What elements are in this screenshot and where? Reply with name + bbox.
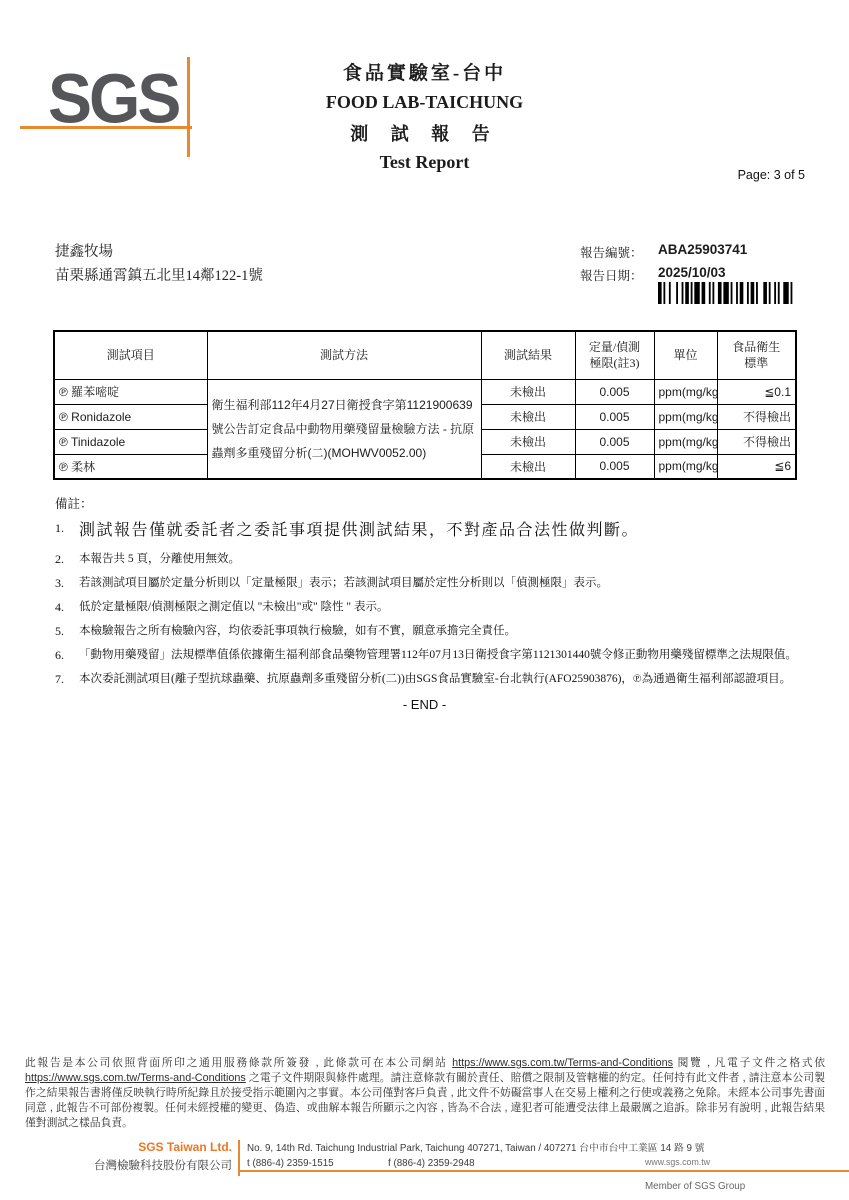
table-row: ℗ 羅苯嘧啶 衛生福利部112年4月27日衛授食字第1121900639號公告訂… (54, 379, 796, 404)
note-text: 測試報告僅就委託者之委託事項提供測試結果，不對產品合法性做判斷。 (79, 521, 803, 541)
col-header-test-method: 測試方法 (207, 331, 481, 379)
report-barcode (658, 282, 796, 304)
note-item-5: 5. 本檢驗報告之所有檢驗內容，均依委託事項執行檢驗，如有不實，願意承擔完全責任… (55, 624, 803, 639)
unit: ppm(mg/kg) (654, 454, 717, 479)
unit: ppm(mg/kg) (654, 429, 717, 454)
note-number: 6. (55, 648, 79, 663)
test-result: 未檢出 (481, 379, 575, 404)
notes-title: 備註： (55, 494, 803, 512)
report-no-label: 報告編號： (580, 243, 643, 261)
footer-member-label: Member of SGS Group (645, 1181, 745, 1192)
note-text: 本次委託測試項目(離子型抗球蟲藥、抗原蟲劑多重殘留分析(二))由SGS食品實驗室… (79, 672, 803, 687)
footer-website-link[interactable]: www.sgs.com.tw (645, 1157, 710, 1167)
lab-title-en: FOOD LAB-TAICHUNG (0, 92, 849, 113)
footer-address: No. 9, 14th Rd. Taichung Industrial Park… (247, 1140, 704, 1154)
page-number: Page: 3 of 5 (738, 168, 805, 182)
note-number: 7. (55, 672, 79, 687)
report-date-label: 報告日期： (580, 266, 643, 284)
note-item-1: 1. 測試報告僅就委託者之委託事項提供測試結果，不對產品合法性做判斷。 (55, 521, 803, 541)
terms-disclaimer: 此報告是本公司依照背面所印之通用服務條款所簽發 , 此條款可在本公司網站 htt… (25, 1056, 825, 1131)
test-result: 未檢出 (481, 404, 575, 429)
test-item: ℗ 羅苯嘧啶 (54, 379, 207, 404)
unit: ppm(mg/kg) (654, 379, 717, 404)
standard: 不得檢出 (717, 404, 796, 429)
note-number: 4. (55, 600, 79, 615)
terms-link[interactable]: https://www.sgs.com.tw/Terms-and-Conditi… (25, 1072, 246, 1084)
test-method: 衛生福利部112年4月27日衛授食字第1121900639號公告訂定食品中動物用… (207, 379, 481, 479)
results-table: 測試項目 測試方法 測試結果 定量/偵測 極限(註3) 單位 食品衛生 標準 ℗… (53, 330, 797, 480)
footer-fax: f (886-4) 2359-2948 (388, 1158, 475, 1169)
col-header-unit: 單位 (654, 331, 717, 379)
client-name: 捷鑫牧場 (55, 240, 113, 261)
standard: 不得檢出 (717, 429, 796, 454)
footer-telephone: t (886-4) 2359-1515 (247, 1158, 334, 1169)
detection-limit: 0.005 (575, 429, 654, 454)
note-item-6: 6. 「動物用藥殘留」法規標準值係依據衛生福利部食品藥物管理署112年07月13… (55, 648, 803, 663)
footer-company-en: SGS Taiwan Ltd. (80, 1140, 232, 1154)
note-text: 若該測試項目屬於定量分析則以「定量極限」表示；若該測試項目屬於定性分析則以「偵測… (79, 576, 803, 591)
disclaimer-text: 閱覽 , 凡電子文件之格式依 (673, 1057, 825, 1069)
report-title-zh: 測 試 報 告 (0, 120, 849, 146)
note-item-7: 7. 本次委託測試項目(離子型抗球蟲藥、抗原蟲劑多重殘留分析(二))由SGS食品… (55, 672, 803, 687)
lab-title-zh: 食品實驗室-台中 (0, 58, 849, 85)
test-item: ℗ 柔林 (54, 454, 207, 479)
note-text: 「動物用藥殘留」法規標準值係依據衛生福利部食品藥物管理署112年07月13日衛授… (79, 648, 803, 663)
test-result: 未檢出 (481, 429, 575, 454)
test-report-page: { "header": { "logo_text": "SGS", "title… (0, 0, 849, 1200)
note-item-4: 4. 低於定量極限/偵測極限之測定值以 "未檢出"或" 陰性 " 表示。 (55, 600, 803, 615)
report-title-block: 食品實驗室-台中 FOOD LAB-TAICHUNG 測 試 報 告 Test … (0, 58, 849, 173)
col-header-standard: 食品衛生 標準 (717, 331, 796, 379)
report-no-value: ABA25903741 (658, 242, 747, 257)
col-header-test-item: 測試項目 (54, 331, 207, 379)
footer-orange-line (238, 1170, 849, 1172)
report-date-value: 2025/10/03 (658, 265, 726, 280)
test-result: 未檢出 (481, 454, 575, 479)
detection-limit: 0.005 (575, 454, 654, 479)
note-text: 本檢驗報告之所有檢驗內容，均依委託事項執行檢驗，如有不實，願意承擔完全責任。 (79, 624, 803, 639)
table-header-row: 測試項目 測試方法 測試結果 定量/偵測 極限(註3) 單位 食品衛生 標準 (54, 331, 796, 379)
test-item: ℗ Tinidazole (54, 429, 207, 454)
footer-company-zh: 台灣檢驗科技股份有限公司 (60, 1157, 232, 1173)
note-number: 3. (55, 576, 79, 591)
client-address: 苗栗縣通霄鎮五北里14鄰122-1號 (55, 264, 263, 285)
detection-limit: 0.005 (575, 379, 654, 404)
end-marker: - END - (0, 697, 849, 712)
test-item: ℗ Ronidazole (54, 404, 207, 429)
unit: ppm(mg/kg) (654, 404, 717, 429)
report-title-en: Test Report (0, 152, 849, 173)
col-header-test-result: 測試結果 (481, 331, 575, 379)
note-item-2: 2. 本報告共 5 頁，分離使用無效。 (55, 552, 803, 567)
disclaimer-text: 此報告是本公司依照背面所印之通用服務條款所簽發 , 此條款可在本公司網站 (25, 1057, 452, 1069)
note-text: 本報告共 5 頁，分離使用無效。 (79, 552, 803, 567)
note-item-3: 3. 若該測試項目屬於定量分析則以「定量極限」表示；若該測試項目屬於定性分析則以… (55, 576, 803, 591)
notes-section: 備註： 1. 測試報告僅就委託者之委託事項提供測試結果，不對產品合法性做判斷。 … (55, 494, 803, 696)
note-number: 2. (55, 552, 79, 567)
standard: ≦6 (717, 454, 796, 479)
note-number: 5. (55, 624, 79, 639)
note-text: 低於定量極限/偵測極限之測定值以 "未檢出"或" 陰性 " 表示。 (79, 600, 803, 615)
standard: ≦0.1 (717, 379, 796, 404)
terms-link[interactable]: https://www.sgs.com.tw/Terms-and-Conditi… (452, 1057, 673, 1069)
note-number: 1. (55, 521, 79, 541)
detection-limit: 0.005 (575, 404, 654, 429)
col-header-detection-limit: 定量/偵測 極限(註3) (575, 331, 654, 379)
